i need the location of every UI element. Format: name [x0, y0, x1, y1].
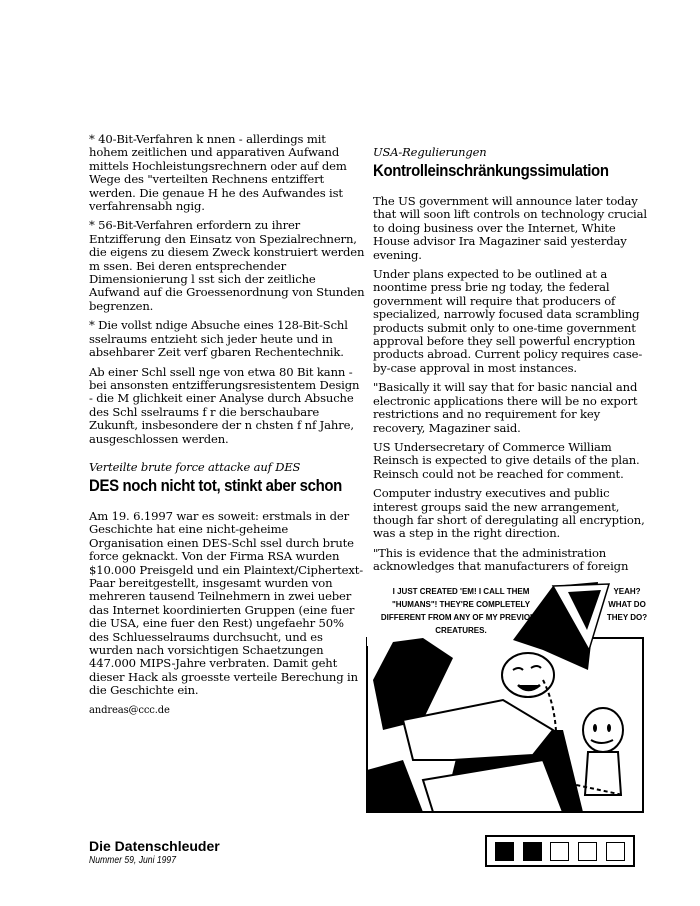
svg-text:YEAH?: YEAH?	[613, 587, 640, 596]
usa-paragraph: Computer industry executives and public …	[373, 487, 647, 541]
bullet-40bit: * 40-Bit-Verfahren k nnen - allerdings m…	[89, 133, 365, 213]
rating-box	[485, 835, 635, 867]
usa-paragraph: "Basically it will say that for basic na…	[373, 381, 647, 435]
svg-text:THEY DO?: THEY DO?	[607, 613, 647, 622]
comic-drawing-icon: I JUST CREATED 'EM! I CALL THEM "HUMANS"…	[363, 580, 647, 815]
svg-text:DIFFERENT FROM ANY OF MY PREVI: DIFFERENT FROM ANY OF MY PREVIOUS	[381, 613, 542, 622]
svg-text:WHAT DO: WHAT DO	[608, 600, 646, 609]
usa-article-kicker: USA-Regulierungen	[373, 145, 647, 159]
svg-text:"HUMANS"! THEY'RE COMPLETELY: "HUMANS"! THEY'RE COMPLETELY	[392, 600, 531, 609]
paragraph-80bit: Ab einer Schl ssell nge von etwa 80 Bit …	[89, 366, 365, 446]
usa-paragraph: "This is evidence that the administratio…	[373, 547, 647, 574]
des-article-headline: DES noch nicht tot, stinkt aber schon	[89, 476, 332, 496]
usa-article-headline: Kontrolleinschränkungssimulation	[373, 161, 614, 181]
bullet-128bit: * Die vollst ndige Absuche eines 128-Bit…	[89, 319, 365, 359]
right-column: USA-Regulierungen Kontrolleinschränkungs…	[373, 145, 647, 580]
comic-illustration: I JUST CREATED 'EM! I CALL THEM "HUMANS"…	[363, 580, 647, 815]
bullet-56bit: * 56-Bit-Verfahren erfordern zu ihrer En…	[89, 219, 365, 313]
left-column: * 40-Bit-Verfahren k nnen - allerdings m…	[89, 133, 365, 723]
issue-info: Nummer 59, Juni 1997	[89, 855, 176, 866]
des-article-body: Am 19. 6.1997 war es soweit: erstmals in…	[89, 510, 365, 698]
rating-square-empty	[550, 842, 569, 861]
svg-text:I JUST CREATED 'EM! I CALL THE: I JUST CREATED 'EM! I CALL THEM	[393, 587, 530, 596]
publication-title: Die Datenschleuder	[89, 838, 220, 854]
author-email: andreas@ccc.de	[89, 704, 365, 717]
usa-paragraph: Under plans expected to be outlined at a…	[373, 268, 647, 375]
rating-square-filled	[495, 842, 514, 861]
usa-paragraph: The US government will announce later to…	[373, 195, 647, 262]
svg-text:CREATURES.: CREATURES.	[435, 626, 486, 635]
des-article-kicker: Verteilte brute force attacke auf DES	[89, 460, 365, 474]
rating-square-empty	[606, 842, 625, 861]
usa-paragraph: US Undersecretary of Commerce William Re…	[373, 441, 647, 481]
rating-square-empty	[578, 842, 597, 861]
rating-square-filled	[523, 842, 542, 861]
